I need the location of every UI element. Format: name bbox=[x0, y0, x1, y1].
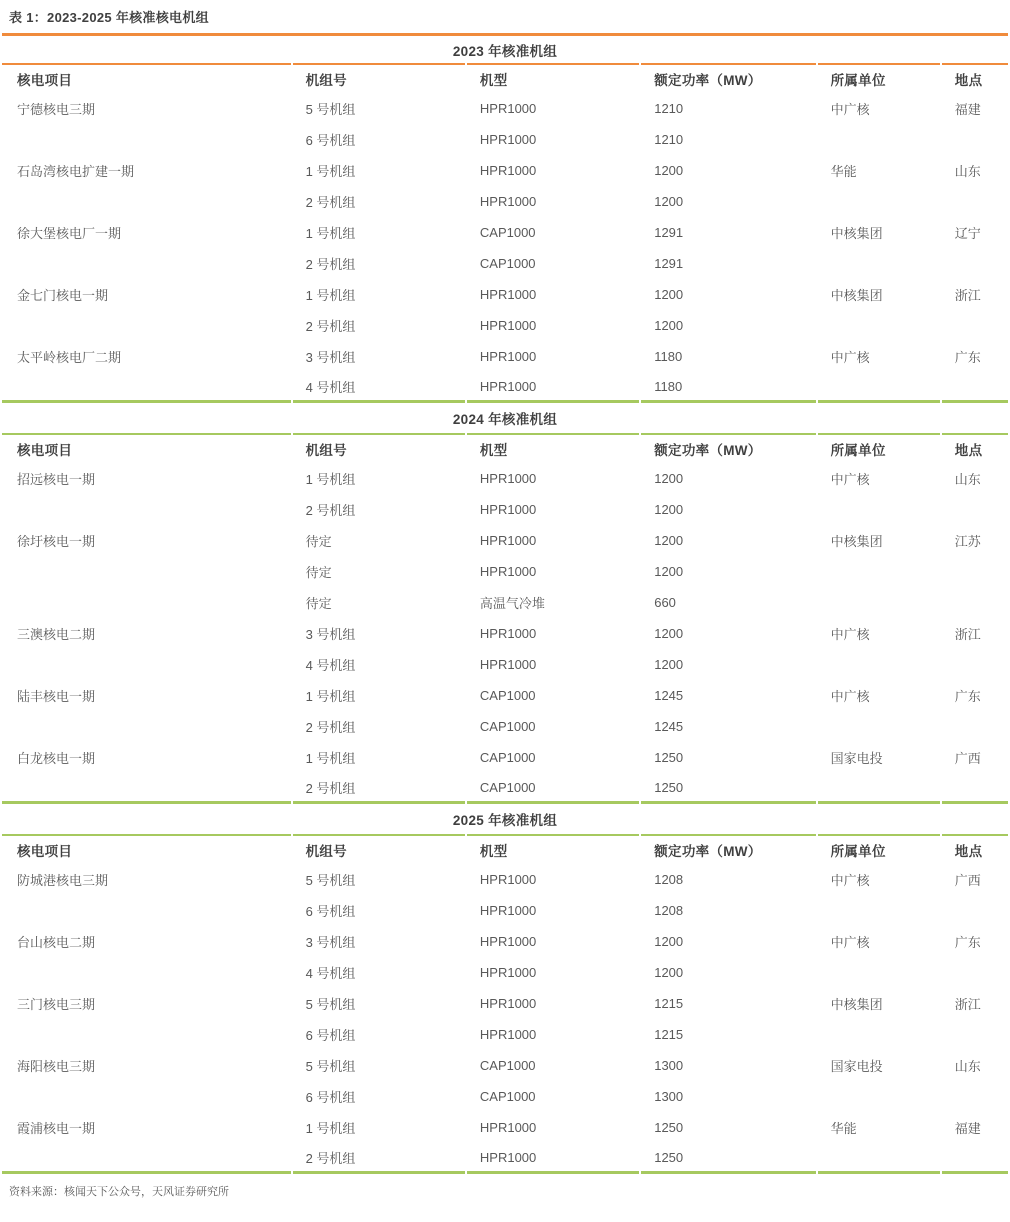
table-cell: 白龙核电一期 bbox=[2, 742, 291, 773]
table-cell: 1 号机组 bbox=[293, 217, 465, 248]
table-cell: 6 号机组 bbox=[293, 1019, 465, 1050]
table-cell: HPR1000 bbox=[467, 957, 639, 988]
table-cell bbox=[2, 248, 291, 279]
table-cell: 1250 bbox=[641, 1143, 815, 1174]
table-cell bbox=[942, 957, 1008, 988]
table-row: 台山核电二期3 号机组HPR10001200中广核广东 bbox=[2, 926, 1008, 957]
table-cell: 中广核 bbox=[818, 864, 940, 895]
table-cell: 1200 bbox=[641, 556, 815, 587]
table-row: 徐圩核电一期待定HPR10001200中核集团江苏 bbox=[2, 525, 1008, 556]
table-cell bbox=[2, 1143, 291, 1174]
table-cell: 中核集团 bbox=[818, 525, 940, 556]
column-header: 核电项目 bbox=[2, 63, 291, 93]
table-cell: 1 号机组 bbox=[293, 279, 465, 310]
table-row: 宁德核电三期5 号机组HPR10001210中广核福建 bbox=[2, 93, 1008, 124]
table-cell: 1208 bbox=[641, 864, 815, 895]
table-cell: 福建 bbox=[942, 1112, 1008, 1143]
table-cell: 中广核 bbox=[818, 341, 940, 372]
table-row: 4 号机组HPR10001200 bbox=[2, 957, 1008, 988]
column-header-row-2024: 核电项目机组号机型额定功率（MW）所属单位地点 bbox=[2, 433, 1008, 463]
table-cell: 中广核 bbox=[818, 93, 940, 124]
table-row: 2 号机组CAP10001250 bbox=[2, 773, 1008, 804]
table-cell: 高温气冷堆 bbox=[467, 587, 639, 618]
table-cell: 6 号机组 bbox=[293, 124, 465, 155]
table-cell: 辽宁 bbox=[942, 217, 1008, 248]
column-header: 机型 bbox=[467, 834, 639, 864]
table-row: 2 号机组HPR10001200 bbox=[2, 310, 1008, 341]
table-cell: 660 bbox=[641, 587, 815, 618]
table-row: 2 号机组HPR10001250 bbox=[2, 1143, 1008, 1174]
table-cell: 1208 bbox=[641, 895, 815, 926]
table-cell bbox=[942, 186, 1008, 217]
table-cell: HPR1000 bbox=[467, 341, 639, 372]
table-cell bbox=[942, 124, 1008, 155]
table-cell: 浙江 bbox=[942, 618, 1008, 649]
table-row: 待定高温气冷堆660 bbox=[2, 587, 1008, 618]
table-cell: 1200 bbox=[641, 463, 815, 494]
table-cell: 1245 bbox=[641, 680, 815, 711]
table-cell: 台山核电二期 bbox=[2, 926, 291, 957]
table-cell bbox=[2, 649, 291, 680]
column-header: 额定功率（MW） bbox=[641, 63, 815, 93]
table-row: 太平岭核电厂二期3 号机组HPR10001180中广核广东 bbox=[2, 341, 1008, 372]
table-cell: 1200 bbox=[641, 279, 815, 310]
approved-units-table-body: 2023 年核准机组核电项目机组号机型额定功率（MW）所属单位地点宁德核电三期5… bbox=[2, 33, 1008, 1174]
table-cell: 1 号机组 bbox=[293, 680, 465, 711]
table-cell: 2 号机组 bbox=[293, 494, 465, 525]
table-cell: 三门核电三期 bbox=[2, 988, 291, 1019]
table-cell: 广西 bbox=[942, 742, 1008, 773]
table-row: 白龙核电一期1 号机组CAP10001250国家电投广西 bbox=[2, 742, 1008, 773]
table-cell: 1291 bbox=[641, 248, 815, 279]
column-header: 所属单位 bbox=[818, 433, 940, 463]
table-cell: 1200 bbox=[641, 957, 815, 988]
table-cell: 宁德核电三期 bbox=[2, 93, 291, 124]
table-cell: HPR1000 bbox=[467, 1019, 639, 1050]
table-cell: HPR1000 bbox=[467, 1143, 639, 1174]
table-cell: 广东 bbox=[942, 341, 1008, 372]
column-header: 额定功率（MW） bbox=[641, 433, 815, 463]
table-cell bbox=[818, 649, 940, 680]
report-page: 表 1：2023-2025 年核准核电机组 2023 年核准机组核电项目机组号机… bbox=[0, 0, 1010, 1222]
section-header-2024: 2024 年核准机组 bbox=[2, 403, 1008, 433]
section-header-2023: 2023 年核准机组 bbox=[2, 33, 1008, 63]
table-cell: 山东 bbox=[942, 1050, 1008, 1081]
table-cell bbox=[818, 556, 940, 587]
table-cell bbox=[2, 186, 291, 217]
column-header: 机组号 bbox=[293, 433, 465, 463]
table-cell: HPR1000 bbox=[467, 93, 639, 124]
table-cell: 中广核 bbox=[818, 618, 940, 649]
table-cell bbox=[2, 124, 291, 155]
table-cell: HPR1000 bbox=[467, 186, 639, 217]
table-cell: CAP1000 bbox=[467, 711, 639, 742]
table-cell: 1210 bbox=[641, 93, 815, 124]
table-cell: 1200 bbox=[641, 649, 815, 680]
table-cell: 华能 bbox=[818, 155, 940, 186]
table-cell: 3 号机组 bbox=[293, 618, 465, 649]
table-cell: HPR1000 bbox=[467, 155, 639, 186]
table-cell: 广东 bbox=[942, 926, 1008, 957]
table-cell: 1200 bbox=[641, 186, 815, 217]
table-cell: CAP1000 bbox=[467, 680, 639, 711]
table-cell: 待定 bbox=[293, 556, 465, 587]
table-cell bbox=[2, 556, 291, 587]
table-cell: HPR1000 bbox=[467, 310, 639, 341]
table-cell bbox=[2, 310, 291, 341]
column-header: 机型 bbox=[467, 433, 639, 463]
table-cell bbox=[942, 895, 1008, 926]
column-header: 机型 bbox=[467, 63, 639, 93]
table-cell bbox=[942, 494, 1008, 525]
table-row: 4 号机组HPR10001180 bbox=[2, 372, 1008, 403]
column-header: 地点 bbox=[942, 63, 1008, 93]
table-cell: HPR1000 bbox=[467, 556, 639, 587]
approved-units-table: 2023 年核准机组核电项目机组号机型额定功率（MW）所属单位地点宁德核电三期5… bbox=[0, 33, 1010, 1174]
table-row: 海阳核电三期5 号机组CAP10001300国家电投山东 bbox=[2, 1050, 1008, 1081]
table-cell: 广东 bbox=[942, 680, 1008, 711]
table-row: 三澳核电二期3 号机组HPR10001200中广核浙江 bbox=[2, 618, 1008, 649]
table-cell bbox=[818, 310, 940, 341]
table-cell bbox=[942, 773, 1008, 804]
table-cell bbox=[942, 372, 1008, 403]
table-cell: 石岛湾核电扩建一期 bbox=[2, 155, 291, 186]
table-cell: 2 号机组 bbox=[293, 773, 465, 804]
section-band-2024: 2024 年核准机组 bbox=[2, 403, 1008, 433]
table-cell: 5 号机组 bbox=[293, 988, 465, 1019]
table-cell bbox=[942, 649, 1008, 680]
table-cell bbox=[2, 957, 291, 988]
table-cell: 5 号机组 bbox=[293, 1050, 465, 1081]
column-header: 所属单位 bbox=[818, 834, 940, 864]
table-cell: 徐圩核电一期 bbox=[2, 525, 291, 556]
table-cell: 江苏 bbox=[942, 525, 1008, 556]
table-cell: 1200 bbox=[641, 155, 815, 186]
table-cell: 1 号机组 bbox=[293, 463, 465, 494]
table-cell: CAP1000 bbox=[467, 1050, 639, 1081]
table-cell bbox=[818, 1143, 940, 1174]
table-cell bbox=[818, 587, 940, 618]
table-row: 霞浦核电一期1 号机组HPR10001250华能福建 bbox=[2, 1112, 1008, 1143]
table-cell: 1245 bbox=[641, 711, 815, 742]
table-cell: 福建 bbox=[942, 93, 1008, 124]
table-cell bbox=[942, 248, 1008, 279]
table-cell bbox=[818, 372, 940, 403]
column-header: 额定功率（MW） bbox=[641, 834, 815, 864]
section-header-2025: 2025 年核准机组 bbox=[2, 804, 1008, 834]
table-cell: 1300 bbox=[641, 1050, 815, 1081]
table-cell: 三澳核电二期 bbox=[2, 618, 291, 649]
table-cell: HPR1000 bbox=[467, 525, 639, 556]
table-cell: 1250 bbox=[641, 773, 815, 804]
table-cell bbox=[2, 895, 291, 926]
column-header: 机组号 bbox=[293, 834, 465, 864]
table-cell: 1210 bbox=[641, 124, 815, 155]
table-cell bbox=[942, 556, 1008, 587]
table-cell: 1180 bbox=[641, 341, 815, 372]
table-cell bbox=[2, 1019, 291, 1050]
section-band-2025: 2025 年核准机组 bbox=[2, 804, 1008, 834]
table-cell: 山东 bbox=[942, 155, 1008, 186]
table-cell: 海阳核电三期 bbox=[2, 1050, 291, 1081]
table-cell bbox=[818, 895, 940, 926]
table-cell: 1 号机组 bbox=[293, 155, 465, 186]
table-cell bbox=[818, 248, 940, 279]
table-cell: 浙江 bbox=[942, 988, 1008, 1019]
column-header-row-2025: 核电项目机组号机型额定功率（MW）所属单位地点 bbox=[2, 834, 1008, 864]
table-cell: 1200 bbox=[641, 926, 815, 957]
table-cell: 4 号机组 bbox=[293, 957, 465, 988]
table-cell: 1200 bbox=[641, 618, 815, 649]
table-cell: HPR1000 bbox=[467, 926, 639, 957]
table-cell: HPR1000 bbox=[467, 124, 639, 155]
table-cell: 招远核电一期 bbox=[2, 463, 291, 494]
table-cell: 3 号机组 bbox=[293, 926, 465, 957]
table-row: 2 号机组HPR10001200 bbox=[2, 186, 1008, 217]
table-cell: CAP1000 bbox=[467, 217, 639, 248]
source-note: 资料来源：核闻天下公众号，天风证券研究所 bbox=[0, 1183, 1010, 1199]
table-cell bbox=[2, 1081, 291, 1112]
table-row: 待定HPR10001200 bbox=[2, 556, 1008, 587]
table-cell bbox=[818, 186, 940, 217]
table-cell: 4 号机组 bbox=[293, 649, 465, 680]
table-cell: 1215 bbox=[641, 988, 815, 1019]
table-row: 徐大堡核电厂一期1 号机组CAP10001291中核集团辽宁 bbox=[2, 217, 1008, 248]
table-cell: HPR1000 bbox=[467, 463, 639, 494]
table-cell bbox=[818, 124, 940, 155]
table-cell: 3 号机组 bbox=[293, 341, 465, 372]
table-cell: HPR1000 bbox=[467, 864, 639, 895]
table-cell: 6 号机组 bbox=[293, 895, 465, 926]
table-cell bbox=[818, 494, 940, 525]
table-cell: 太平岭核电厂二期 bbox=[2, 341, 291, 372]
table-cell bbox=[818, 773, 940, 804]
table-cell: CAP1000 bbox=[467, 1081, 639, 1112]
table-row: 2 号机组CAP10001245 bbox=[2, 711, 1008, 742]
table-cell: 徐大堡核电厂一期 bbox=[2, 217, 291, 248]
table-cell: HPR1000 bbox=[467, 279, 639, 310]
table-row: 陆丰核电一期1 号机组CAP10001245中广核广东 bbox=[2, 680, 1008, 711]
table-cell: 中核集团 bbox=[818, 279, 940, 310]
table-cell: 1180 bbox=[641, 372, 815, 403]
table-row: 金七门核电一期1 号机组HPR10001200中核集团浙江 bbox=[2, 279, 1008, 310]
table-cell bbox=[2, 587, 291, 618]
table-cell: 4 号机组 bbox=[293, 372, 465, 403]
table-cell: CAP1000 bbox=[467, 248, 639, 279]
table-cell bbox=[818, 711, 940, 742]
table-cell: 1 号机组 bbox=[293, 1112, 465, 1143]
table-row: 6 号机组HPR10001208 bbox=[2, 895, 1008, 926]
table-row: 招远核电一期1 号机组HPR10001200中广核山东 bbox=[2, 463, 1008, 494]
table-cell: 华能 bbox=[818, 1112, 940, 1143]
table-cell: 1200 bbox=[641, 310, 815, 341]
table-cell bbox=[818, 957, 940, 988]
table-cell: 陆丰核电一期 bbox=[2, 680, 291, 711]
table-cell: 1300 bbox=[641, 1081, 815, 1112]
table-cell: 中广核 bbox=[818, 926, 940, 957]
table-cell: 中广核 bbox=[818, 680, 940, 711]
table-cell: HPR1000 bbox=[467, 1112, 639, 1143]
table-title: 表 1：2023-2025 年核准核电机组 bbox=[0, 7, 1010, 26]
table-cell bbox=[942, 310, 1008, 341]
table-row: 4 号机组HPR10001200 bbox=[2, 649, 1008, 680]
table-cell: 待定 bbox=[293, 587, 465, 618]
table-cell: HPR1000 bbox=[467, 494, 639, 525]
table-cell bbox=[2, 494, 291, 525]
column-header: 核电项目 bbox=[2, 433, 291, 463]
table-cell: 5 号机组 bbox=[293, 864, 465, 895]
table-cell: 5 号机组 bbox=[293, 93, 465, 124]
table-cell bbox=[2, 773, 291, 804]
table-cell bbox=[2, 711, 291, 742]
table-row: 6 号机组HPR10001210 bbox=[2, 124, 1008, 155]
table-cell: HPR1000 bbox=[467, 649, 639, 680]
table-cell: 防城港核电三期 bbox=[2, 864, 291, 895]
table-cell: 霞浦核电一期 bbox=[2, 1112, 291, 1143]
table-cell: 2 号机组 bbox=[293, 248, 465, 279]
table-cell: 1215 bbox=[641, 1019, 815, 1050]
table-cell: 广西 bbox=[942, 864, 1008, 895]
table-cell: 中广核 bbox=[818, 463, 940, 494]
table-cell: 山东 bbox=[942, 463, 1008, 494]
table-cell: 2 号机组 bbox=[293, 1143, 465, 1174]
table-cell bbox=[942, 587, 1008, 618]
table-row: 2 号机组CAP10001291 bbox=[2, 248, 1008, 279]
table-cell: 1250 bbox=[641, 742, 815, 773]
table-cell bbox=[942, 711, 1008, 742]
table-row: 2 号机组HPR10001200 bbox=[2, 494, 1008, 525]
table-cell: HPR1000 bbox=[467, 618, 639, 649]
table-cell: 金七门核电一期 bbox=[2, 279, 291, 310]
table-cell bbox=[942, 1143, 1008, 1174]
table-cell: CAP1000 bbox=[467, 742, 639, 773]
table-row: 石岛湾核电扩建一期1 号机组HPR10001200华能山东 bbox=[2, 155, 1008, 186]
column-header: 地点 bbox=[942, 433, 1008, 463]
table-row: 6 号机组HPR10001215 bbox=[2, 1019, 1008, 1050]
table-cell: 2 号机组 bbox=[293, 186, 465, 217]
table-cell: 2 号机组 bbox=[293, 711, 465, 742]
table-cell bbox=[942, 1081, 1008, 1112]
table-cell: 6 号机组 bbox=[293, 1081, 465, 1112]
table-cell: 国家电投 bbox=[818, 1050, 940, 1081]
table-cell: 中核集团 bbox=[818, 217, 940, 248]
column-header: 机组号 bbox=[293, 63, 465, 93]
table-cell bbox=[2, 372, 291, 403]
column-header: 地点 bbox=[942, 834, 1008, 864]
table-cell: 1250 bbox=[641, 1112, 815, 1143]
table-row: 三门核电三期5 号机组HPR10001215中核集团浙江 bbox=[2, 988, 1008, 1019]
table-cell bbox=[818, 1081, 940, 1112]
table-cell: 1 号机组 bbox=[293, 742, 465, 773]
table-row: 防城港核电三期5 号机组HPR10001208中广核广西 bbox=[2, 864, 1008, 895]
table-cell bbox=[818, 1019, 940, 1050]
table-cell: 2 号机组 bbox=[293, 310, 465, 341]
table-cell: 浙江 bbox=[942, 279, 1008, 310]
table-cell: HPR1000 bbox=[467, 372, 639, 403]
table-cell: 1291 bbox=[641, 217, 815, 248]
table-cell: CAP1000 bbox=[467, 773, 639, 804]
table-cell: 中核集团 bbox=[818, 988, 940, 1019]
section-band-2023: 2023 年核准机组 bbox=[2, 33, 1008, 63]
column-header: 所属单位 bbox=[818, 63, 940, 93]
table-cell bbox=[942, 1019, 1008, 1050]
table-cell: 1200 bbox=[641, 525, 815, 556]
table-cell: 待定 bbox=[293, 525, 465, 556]
table-cell: HPR1000 bbox=[467, 895, 639, 926]
column-header: 核电项目 bbox=[2, 834, 291, 864]
table-cell: 国家电投 bbox=[818, 742, 940, 773]
column-header-row-2023: 核电项目机组号机型额定功率（MW）所属单位地点 bbox=[2, 63, 1008, 93]
table-cell: 1200 bbox=[641, 494, 815, 525]
table-row: 6 号机组CAP10001300 bbox=[2, 1081, 1008, 1112]
table-cell: HPR1000 bbox=[467, 988, 639, 1019]
